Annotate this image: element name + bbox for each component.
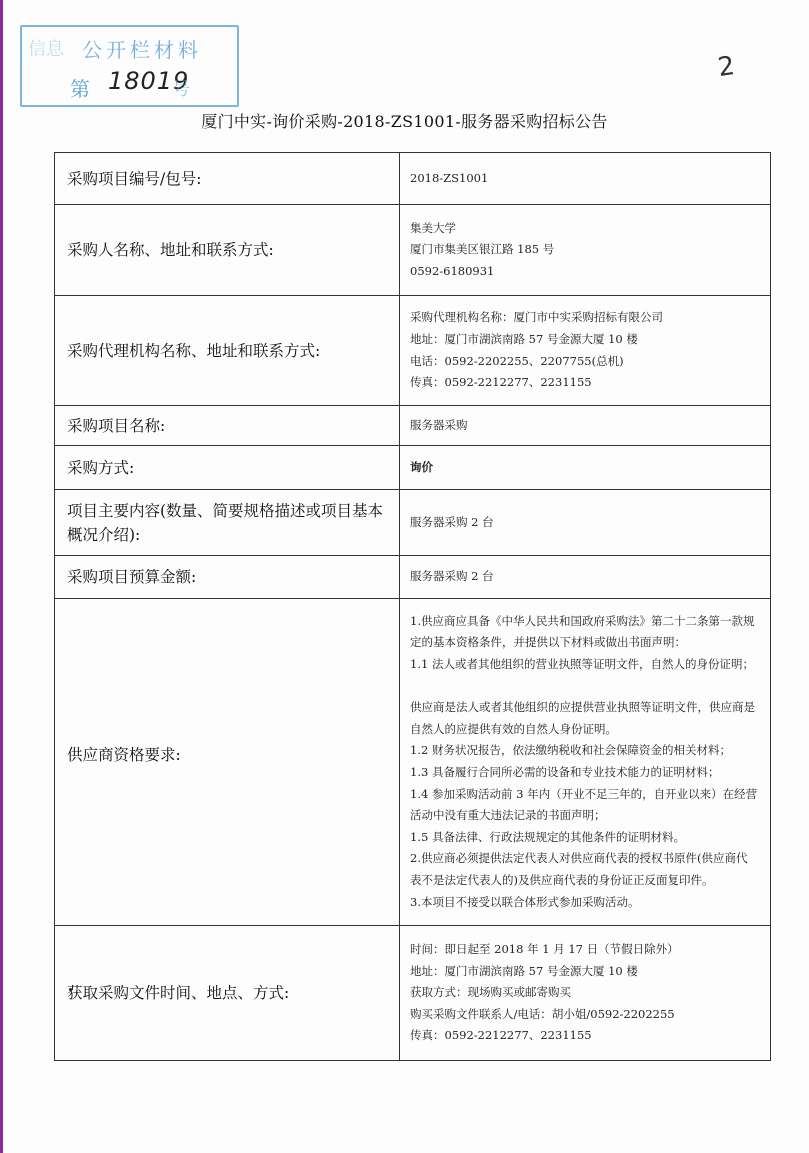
row-label: 采购代理机构名称、地址和联系方式: xyxy=(55,296,400,406)
value-line: 供应商是法人或者其他组织的应提供营业执照等证明文件，供应商是 xyxy=(410,697,760,719)
value-line: 集美大学 xyxy=(410,218,760,240)
table-row-supplier-qualifications: 供应商资格要求: 1.供应商应具备《中华人民共和国政府采购法》第二十二条第一款规… xyxy=(55,599,771,926)
table-row-purchaser: 采购人名称、地址和联系方式: 集美大学 厦门市集美区银江路 185 号 0592… xyxy=(55,205,771,296)
value-line: 购买采购文件联系人/电话：胡小姐/0592-2202255 xyxy=(410,1004,760,1026)
value-line: 地址：厦门市湖滨南路 57 号金源大厦 10 楼 xyxy=(410,961,760,983)
row-value: 集美大学 厦门市集美区银江路 185 号 0592-6180931 xyxy=(400,205,771,296)
table-row-project-name: 采购项目名称: 服务器采购 xyxy=(55,406,771,446)
row-label: 供应商资格要求: xyxy=(55,599,400,926)
value-line: 电话：0592-2202255、2207755(总机) xyxy=(410,351,760,373)
value-line: 1.5 具备法律、行政法规规定的其他条件的证明材料。 xyxy=(410,827,760,849)
value-line: 自然人的应提供有效的自然人身份证明。 xyxy=(410,719,760,741)
value-line: 1.4 参加采购活动前 3 年内（开业不足三年的，自开业以来）在经营 xyxy=(410,784,760,806)
value-line: 地址：厦门市湖滨南路 57 号金源大厦 10 楼 xyxy=(410,329,760,351)
table-row-procurement-method: 采购方式: 询价 xyxy=(55,446,771,490)
value-line: 厦门市集美区银江路 185 号 xyxy=(410,239,760,261)
table-row-project-number: 采购项目编号/包号: 2018-ZS1001 xyxy=(55,153,771,205)
row-value: 2018-ZS1001 xyxy=(400,153,771,205)
value-line: 服务器采购 2 台 xyxy=(410,566,760,588)
procurement-notice-table: 采购项目编号/包号: 2018-ZS1001 采购人名称、地址和联系方式: 集美… xyxy=(54,152,771,1061)
stamp-number-prefix: 第 xyxy=(70,73,90,102)
row-label: 采购人名称、地址和联系方式: xyxy=(55,205,400,296)
value-line: 2018-ZS1001 xyxy=(410,168,760,190)
value-line: 时间：即日起至 2018 年 1 月 17 日（节假日除外） xyxy=(410,939,760,961)
value-line: 表不是法定代表人的)及供应商代表的身份证正反面复印件。 xyxy=(410,870,760,892)
row-value: 服务器采购 2 台 xyxy=(400,490,771,556)
value-line: 3.本项目不接受以联合体形式参加采购活动。 xyxy=(410,892,760,914)
row-value: 询价 xyxy=(400,446,771,490)
row-label: 采购项目名称: xyxy=(55,406,400,446)
value-line: 1.3 具备履行合同所必需的设备和专业技术能力的证明材料； xyxy=(410,762,760,784)
value-line: 传真：0592-2212277、2231155 xyxy=(410,1025,760,1047)
value-line: 1.供应商应具备《中华人民共和国政府采购法》第二十二条第一款规 xyxy=(410,611,760,633)
stamp-title: 公开栏材料 xyxy=(82,34,202,63)
value-line: 2.供应商必须提供法定代表人对供应商代表的授权书原件(供应商代 xyxy=(410,848,760,870)
value-line: 活动中没有重大违法记录的书面声明； xyxy=(410,805,760,827)
row-label: 采购方式: xyxy=(55,446,400,490)
row-value: 服务器采购 2 台 xyxy=(400,556,771,599)
value-line: 1.1 法人或者其他组织的营业执照等证明文件，自然人的身份证明； xyxy=(410,654,760,676)
handwritten-page-number: 2 xyxy=(716,51,737,83)
row-label: 采购项目预算金额: xyxy=(55,556,400,599)
row-value: 服务器采购 xyxy=(400,406,771,446)
value-line: 询价 xyxy=(410,457,760,479)
value-line: 服务器采购 2 台 xyxy=(410,512,760,534)
value-line: 获取方式：现场购买或邮寄购买 xyxy=(410,982,760,1004)
value-line: 传真：0592-2212277、2231155 xyxy=(410,372,760,394)
table-row-agency: 采购代理机构名称、地址和联系方式: 采购代理机构名称：厦门市中实采购招标有限公司… xyxy=(55,296,771,406)
table-row-document-acquisition: 获取采购文件时间、地点、方式: 时间：即日起至 2018 年 1 月 17 日（… xyxy=(55,926,771,1061)
row-value: 时间：即日起至 2018 年 1 月 17 日（节假日除外） 地址：厦门市湖滨南… xyxy=(400,926,771,1061)
stamp-prefix: 信息 xyxy=(28,35,64,61)
ink-speck xyxy=(69,988,72,991)
value-line: 0592-6180931 xyxy=(410,261,760,283)
table-row-main-content: 项目主要内容(数量、简要规格描述或项目基本概况介绍): 服务器采购 2 台 xyxy=(55,490,771,556)
archive-stamp: 信息 公开栏材料 第 18019 号 xyxy=(20,25,239,107)
row-value: 1.供应商应具备《中华人民共和国政府采购法》第二十二条第一款规 定的基本资格条件… xyxy=(400,599,771,926)
stamp-number-suffix: 号 xyxy=(172,75,190,101)
row-value: 采购代理机构名称：厦门市中实采购招标有限公司 地址：厦门市湖滨南路 57 号金源… xyxy=(400,296,771,406)
value-line: 采购代理机构名称：厦门市中实采购招标有限公司 xyxy=(410,307,760,329)
document-title: 厦门中实-询价采购-2018-ZS1001-服务器采购招标公告 xyxy=(0,109,809,132)
blank-line xyxy=(410,676,760,698)
table-row-budget: 采购项目预算金额: 服务器采购 2 台 xyxy=(55,556,771,599)
row-label: 项目主要内容(数量、简要规格描述或项目基本概况介绍): xyxy=(55,490,400,556)
value-line: 定的基本资格条件，并提供以下材料或做出书面声明： xyxy=(410,632,760,654)
scan-edge-border xyxy=(0,0,3,1153)
row-label: 获取采购文件时间、地点、方式: xyxy=(55,926,400,1061)
row-label: 采购项目编号/包号: xyxy=(55,153,400,205)
value-line: 1.2 财务状况报告，依法缴纳税收和社会保障资金的相关材料； xyxy=(410,740,760,762)
value-line: 服务器采购 xyxy=(410,415,760,437)
